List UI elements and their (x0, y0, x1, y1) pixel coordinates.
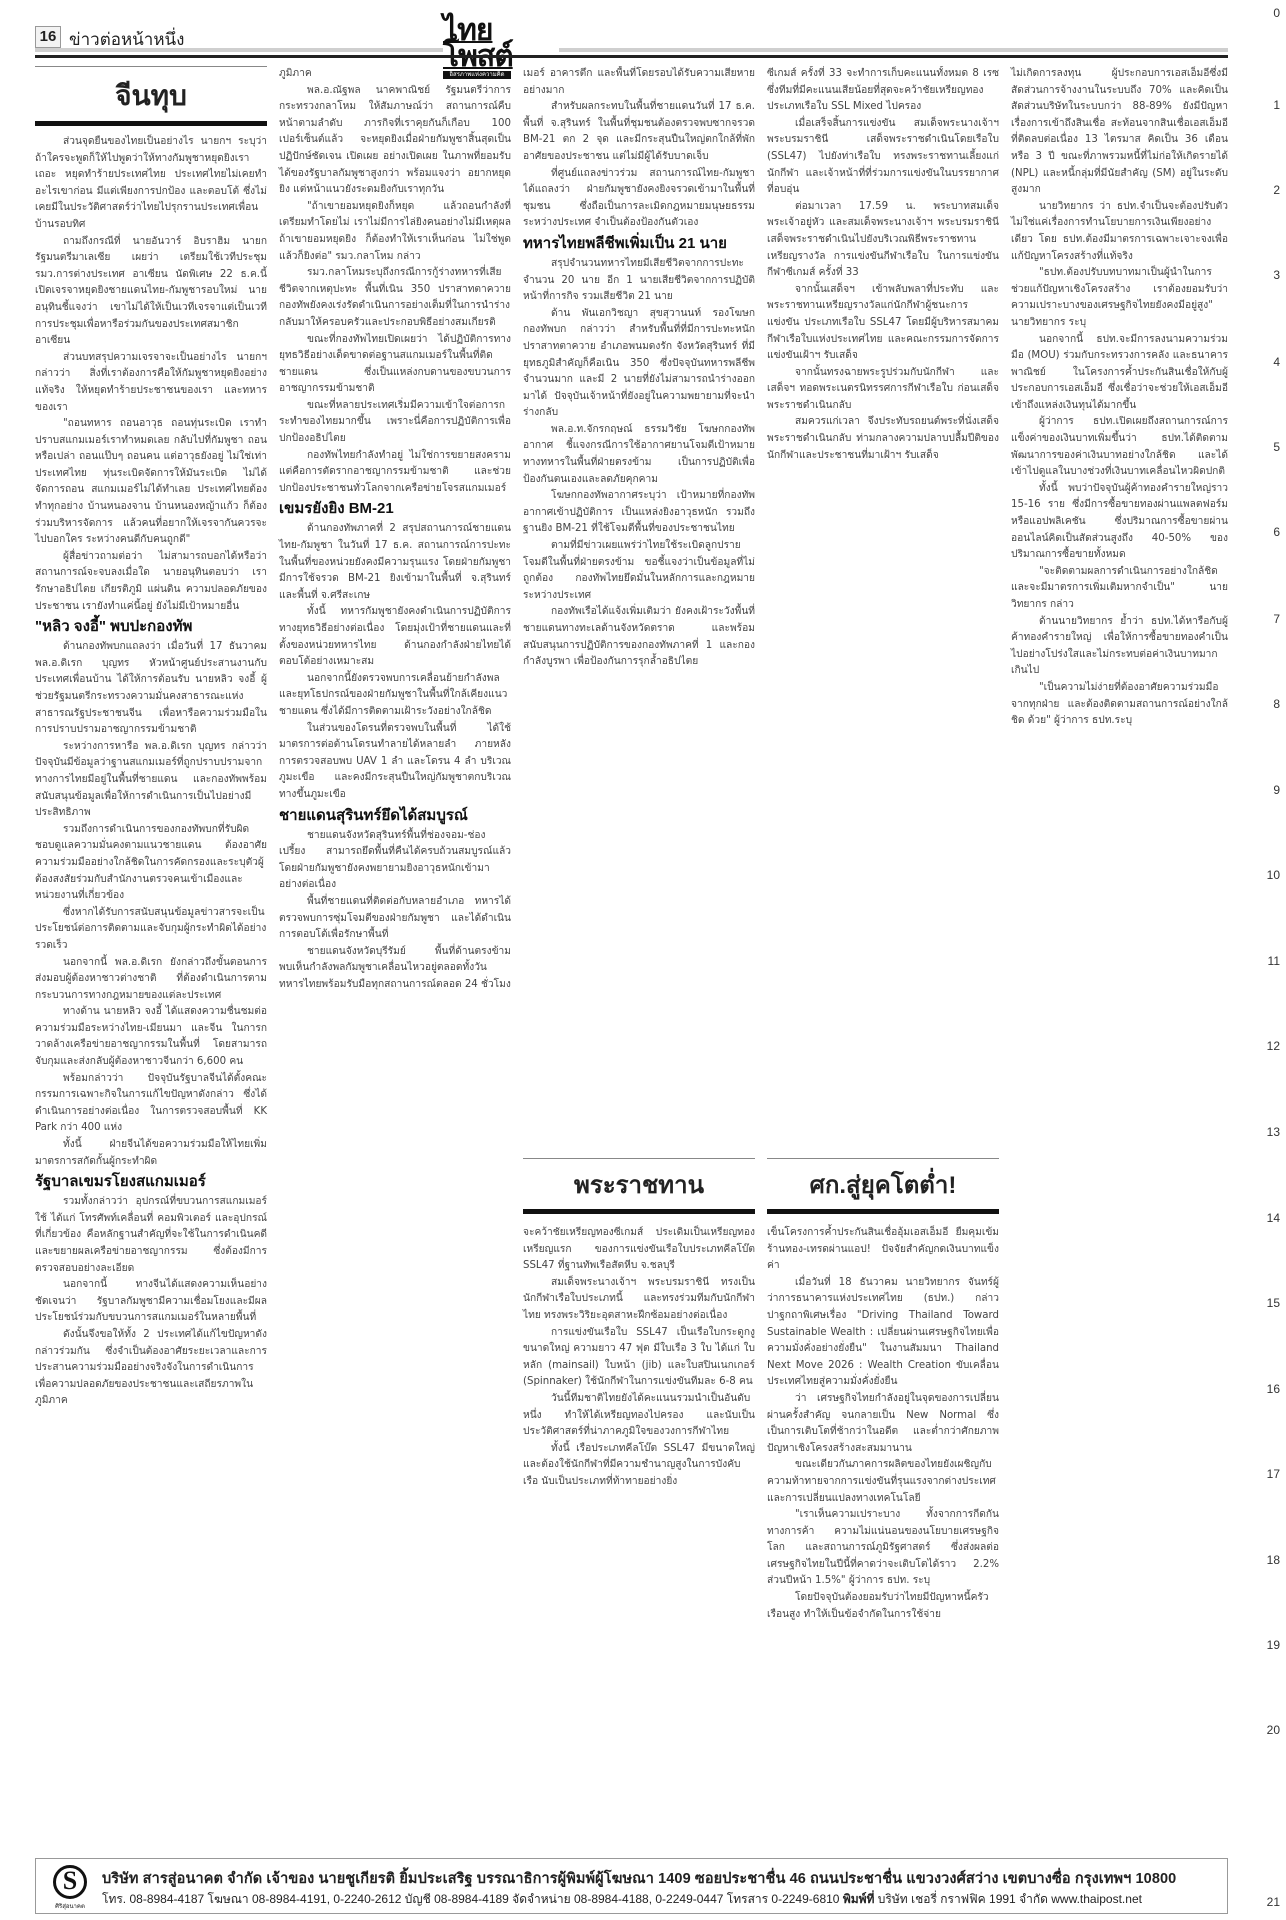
ruler-mark: 10 (1267, 868, 1280, 882)
paragraph: ที่ศูนย์แถลงข่าวร่วม สถานการณ์ไทย-กัมพูช… (523, 166, 755, 232)
article-column-1: จีนทุบ ส่วนจุดยืนของไทยเป็นอย่างไร นายกฯ… (35, 66, 267, 1410)
subheading: เขมรยังยิง BM-21 (279, 499, 511, 519)
paragraph: จากนั้นทรงฉายพระรูปร่วมกับนักกีฬา และเสด… (767, 365, 999, 415)
phone-numbers: โทร. 08-8984-4187 โฆษณา 08-8984-4191, 0-… (102, 1892, 843, 1906)
header-divider (35, 55, 1228, 58)
paragraph: ขณะที่หลายประเทศเริ่มมีความเข้าใจต่อการก… (279, 398, 511, 448)
paragraph: เมอร์ อาคารตึก และพื้นที่โดยรอบได้รับควา… (523, 66, 755, 99)
ruler-mark: 3 (1273, 268, 1280, 282)
subheading: รัฐบาลเขมรโยงสแกมเมอร์ (35, 1172, 267, 1192)
header-bar-left (35, 48, 443, 52)
ruler-mark: 2 (1273, 183, 1280, 197)
paragraph: ภูมิภาค (279, 66, 511, 83)
ruler-mark: 5 (1273, 440, 1280, 454)
paragraph: นายวิทยากร ว่า ธปท.จำเป็นจะต้องปรับตัวไม… (1011, 199, 1228, 265)
paragraph: ซึ่งหากได้รับการสนับสนุนข้อมูลข่าวสารจะเ… (35, 905, 267, 955)
article-headline: ศก.สู่ยุคโตต่ำ! (767, 1171, 999, 1214)
paragraph: ไม่เกิดการลงทุน ผู้ประกอบการเอสเอ็มอีซึ่… (1011, 66, 1228, 199)
article-column-2: ภูมิภาค พล.อ.ณัฐพล นาคพาณิชย์ รัฐมนตรีว่… (279, 66, 511, 993)
paragraph: สำหรับผลกระทบในพื้นที่ชายแดนวันที่ 17 ธ.… (523, 99, 755, 165)
paragraph: ทั้งนี้ ทหารกัมพูชายังคงดำเนินการปฏิบัติ… (279, 604, 511, 670)
ruler-mark: 1 (1273, 98, 1280, 112)
article-headline: พระราชทาน (523, 1171, 755, 1214)
page-number: 16 (35, 26, 61, 48)
paragraph: ทั้งนี้ เรือประเภทคีลโบ๊ต SSL47 มีขนาดให… (523, 1441, 755, 1491)
ruler-mark: 9 (1273, 783, 1280, 797)
newspaper-page: 16 ข่าวต่อหน้าหนึ่ง ไทยโพสต์ อิสรภาพแห่ง… (0, 0, 1286, 1920)
ruler-mark: 18 (1267, 1553, 1280, 1567)
paragraph: ในส่วนของโดรนที่ตรวจพบในพื้นที่ ได้ใช้มา… (279, 721, 511, 804)
paragraph: โดยปัจจุบันต้องยอมรับว่าไทยมีปัญหาหนี้คร… (767, 1590, 999, 1623)
ruler-mark: 17 (1267, 1467, 1280, 1481)
paragraph: นอกจากนี้ ทางจีนได้แสดงความเห็นอย่างชัดเ… (35, 1277, 267, 1327)
article-column-4: ซีเกมส์ ครั้งที่ 33 จะทำการเก็บคะแนนทั้ง… (767, 66, 999, 1151)
paragraph: ทั้งนี้ พบว่าปัจจุบันผู้ค้าทองคำรายใหญ่ร… (1011, 481, 1228, 564)
margin-ruler: 0 1 2 3 4 5 6 7 8 9 10 11 12 13 14 15 16… (1258, 0, 1286, 1920)
paragraph: ตามที่มีข่าวเผยแพร่ว่าไทยใช้ระเบิดลูกปรา… (523, 538, 755, 604)
paragraph: เมื่อเสร็จสิ้นการแข่งขัน สมเด็จพระนางเจ้… (767, 116, 999, 199)
paragraph: ว่า เศรษฐกิจไทยกำลังอยู่ในจุดของการเปลี่… (767, 1391, 999, 1457)
paragraph: โฆษกกองทัพอากาศระบุว่า เป้าหมายที่กองทัพ… (523, 488, 755, 538)
paragraph: พล.อ.ท.จักรกฤษณ์ ธรรมวิชัย โฆษกกองทัพอาก… (523, 422, 755, 488)
header-bar-right (559, 48, 1228, 52)
paragraph: เข็นโครงการค้ำประกันสินเชื่ออุ้มเอสเอ็มอ… (767, 1225, 999, 1275)
publisher-info: บริษัท สารสู่อนาคต จำกัด เจ้าของ นายชูเก… (102, 1867, 1176, 1890)
paragraph: ทางด้าน นายหลิว จงอี้ ได้แสดงความชื่นชมต… (35, 1004, 267, 1070)
ruler-mark: 16 (1267, 1382, 1280, 1396)
paragraph: จากนั้นเสด็จฯ เข้าพลับพลาที่ประทับ และพร… (767, 282, 999, 365)
logo-caption: ศิริสุ่อนาคต (46, 1901, 94, 1911)
ruler-mark: 4 (1273, 355, 1280, 369)
masthead-logo: ไทยโพสต์ อิสรภาพแห่งความคิด (443, 18, 555, 54)
s-circle-icon (53, 1865, 87, 1899)
ruler-mark: 12 (1267, 1039, 1280, 1053)
paragraph: ด้าน พันเอกวิชญา สุขสุวานนท์ รองโฆษกกองท… (523, 306, 755, 422)
paragraph: รวมทั้งกล่าวว่า อุปกรณ์ที่ขบวนการสแกมเมอ… (35, 1194, 267, 1277)
paragraph: ขณะเดียวกันภาคการผลิตของไทยยังเผชิญกับคว… (767, 1457, 999, 1507)
paragraph: กองทัพเรือได้แจ้งเพิ่มเติมว่า ยังคงเฝ้าร… (523, 604, 755, 670)
subheading: ทหารไทยพลีชีพเพิ่มเป็น 21 นาย (523, 234, 755, 254)
contact-info: โทร. 08-8984-4187 โฆษณา 08-8984-4191, 0-… (102, 1890, 1142, 1909)
article-column-4-lower: เข็นโครงการค้ำประกันสินเชื่ออุ้มเอสเอ็มอ… (767, 1225, 999, 1623)
paragraph: เมื่อวันที่ 18 ธันวาคม นายวิทยากร จันทร์… (767, 1275, 999, 1391)
paragraph: ผู้สื่อข่าวถามต่อว่า ไม่สามารถบอกได้หรือ… (35, 549, 267, 615)
paragraph: ด้านกองทัพภาคที่ 2 สรุปสถานการณ์ชายแดนไท… (279, 521, 511, 604)
paragraph: สมเด็จพระนางเจ้าฯ พระบรมราชินี ทรงเป็นนั… (523, 1275, 755, 1325)
paragraph: ถามถึงกรณีที่ นายอันวาร์ อิบราฮิม นายกรั… (35, 234, 267, 350)
paragraph: ส่วนจุดยืนของไทยเป็นอย่างไร นายกฯ ระบุว่… (35, 134, 267, 234)
paragraph: ผู้ว่าการ ธปท.เปิดเผยถึงสถานการณ์การแข็ง… (1011, 414, 1228, 480)
ruler-mark: 13 (1267, 1125, 1280, 1139)
ruler-mark: 19 (1267, 1638, 1280, 1652)
paragraph: ซีเกมส์ ครั้งที่ 33 จะทำการเก็บคะแนนทั้ง… (767, 66, 999, 116)
paragraph: วันนี้ทีมชาติไทยยังได้คะแนนรวมนำเป็นอันด… (523, 1391, 755, 1441)
paragraph: ชายแดนจังหวัดสุรินทร์พื้นที่ช่องจอม-ช่อง… (279, 828, 511, 894)
paragraph: จะคว้าชัยเหรียญทองซีเกมส์ ประเดิมเป็นเหร… (523, 1225, 755, 1275)
headline-box-royal: พระราชทาน (523, 1158, 755, 1214)
paragraph: "ถ้าเขายอมหยุดยิงก็หยุด แล้วถอนกำลังที่เ… (279, 199, 511, 265)
paragraph: ดังนั้นจึงขอให้ทั้ง 2 ประเทศได้แก้ไขปัญห… (35, 1327, 267, 1410)
ruler-mark: 7 (1273, 612, 1280, 626)
subheading: "หลิว จงอี้" พบปะกองทัพ (35, 617, 267, 637)
subheading: ชายแดนสุรินทร์ยึดได้สมบูรณ์ (279, 806, 511, 826)
ruler-mark: 11 (1268, 954, 1280, 968)
article-column-5: ไม่เกิดการลงทุน ผู้ประกอบการเอสเอ็มอีซึ่… (1011, 66, 1228, 730)
ruler-mark: 15 (1267, 1296, 1280, 1310)
page-header: 16 ข่าวต่อหน้าหนึ่ง ไทยโพสต์ อิสรภาพแห่ง… (35, 18, 1228, 54)
ruler-mark: 0 (1273, 6, 1280, 20)
printed-by-label: พิมพ์ที่ (843, 1892, 875, 1906)
article-column-3-lower: จะคว้าชัยเหรียญทองซีเกมส์ ประเดิมเป็นเหร… (523, 1225, 755, 1491)
ruler-mark: 8 (1273, 697, 1280, 711)
paragraph: ระหว่างการหารือ พล.อ.ดิเรก บุญทร กล่าวว่… (35, 739, 267, 822)
paragraph: กองทัพไทยกำลังทำอยู่ ไม่ใช่การขยายสงคราม… (279, 448, 511, 498)
paragraph: "ธปท.ต้องปรับบทบาทมาเป็นผู้นำในการช่วยแก… (1011, 265, 1228, 331)
paragraph: "ถอนทหาร ถอนอาวุธ ถอนทุ่นระเบิด เราทำปรา… (35, 416, 267, 549)
paragraph: ทั้งนี้ ฝ่ายจีนได้ขอความร่วมมือให้ไทยเพิ… (35, 1137, 267, 1170)
publisher-logo-icon: ศิริสุ่อนาคต (46, 1865, 94, 1911)
paragraph: สมควรแก่เวลา จึงประทับรถยนต์พระที่นั่งเส… (767, 414, 999, 464)
headline-box: จีนทุบ (35, 66, 267, 126)
ruler-mark: 21 (1267, 1895, 1280, 1909)
ruler-mark: 6 (1273, 525, 1280, 539)
paragraph: ด้านกองทัพบกแถลงว่า เมื่อวันที่ 17 ธันวา… (35, 639, 267, 739)
paragraph: พื้นที่ชายแดนที่ติดต่อกับหลายอำเภอ ทหารไ… (279, 894, 511, 944)
paragraph: ชายแดนจังหวัดบุรีรัมย์ พื้นที่ด้านตรงข้า… (279, 944, 511, 994)
paragraph: พล.อ.ณัฐพล นาคพาณิชย์ รัฐมนตรีว่าการกระท… (279, 83, 511, 199)
paragraph: สรุปจำนวนทหารไทยมีเสียชีวิตจากการปะทะจำน… (523, 256, 755, 306)
ruler-mark: 20 (1267, 1723, 1280, 1737)
ruler-mark: 14 (1267, 1211, 1280, 1225)
paragraph: รมว.กลาโหมระบุถึงกรณีการกู้ร่างทหารที่เส… (279, 265, 511, 331)
article-column-3: เมอร์ อาคารตึก และพื้นที่โดยรอบได้รับควา… (523, 66, 755, 1151)
paragraph: นอกจากนี้ พล.อ.ดิเรก ยังกล่าวถึงขั้นตอนก… (35, 955, 267, 1005)
paragraph: รวมถึงการดำเนินการของกองทัพบกที่รับผิดชอ… (35, 822, 267, 905)
paragraph: "เราเห็นความเปราะบาง ทั้งจากการกีดกันทาง… (767, 1507, 999, 1590)
article-headline: จีนทุบ (35, 79, 267, 126)
paragraph: นอกจากนี้ยังตรวจพบการเคลื่อนย้ายกำลังพลแ… (279, 671, 511, 721)
paragraph: ขณะที่กองทัพไทยเปิดเผยว่า ได้ปฏิบัติการท… (279, 332, 511, 398)
paragraph: การแข่งขันเรือใบ SSL47 เป็นเรือใบกระดูกง… (523, 1325, 755, 1391)
printer-and-website: บริษัท เชอรี่ กราฟฟิค 1991 จำกัด www.tha… (874, 1892, 1142, 1906)
publisher-footer: ศิริสุ่อนาคต บริษัท สารสู่อนาคต จำกัด เจ… (35, 1858, 1228, 1914)
logo-text: ไทยโพสต์ (443, 18, 555, 70)
paragraph: "จะติดตามผลการดำเนินการอย่างใกล้ชิด และจ… (1011, 564, 1228, 614)
paragraph: "เป็นความไม่ง่ายที่ต้องอาศัยความร่วมมือจ… (1011, 680, 1228, 730)
paragraph: ด้านนายวิทยากร ย้ำว่า ธปท.ได้หารือกับผู้… (1011, 614, 1228, 680)
paragraph: ต่อมาเวลา 17.59 น. พระบาทสมเด็จพระเจ้าอย… (767, 199, 999, 282)
paragraph: ส่วนบทสรุปความเจรจาจะเป็นอย่างไร นายกฯ ก… (35, 350, 267, 416)
paragraph: พร้อมกล่าวว่า ปัจจุบันรัฐบาลจีนได้ตั้งคณ… (35, 1071, 267, 1137)
headline-box-economy: ศก.สู่ยุคโตต่ำ! (767, 1158, 999, 1214)
paragraph: นอกจากนี้ ธปท.จะมีการลงนามความร่วมมือ (M… (1011, 332, 1228, 415)
